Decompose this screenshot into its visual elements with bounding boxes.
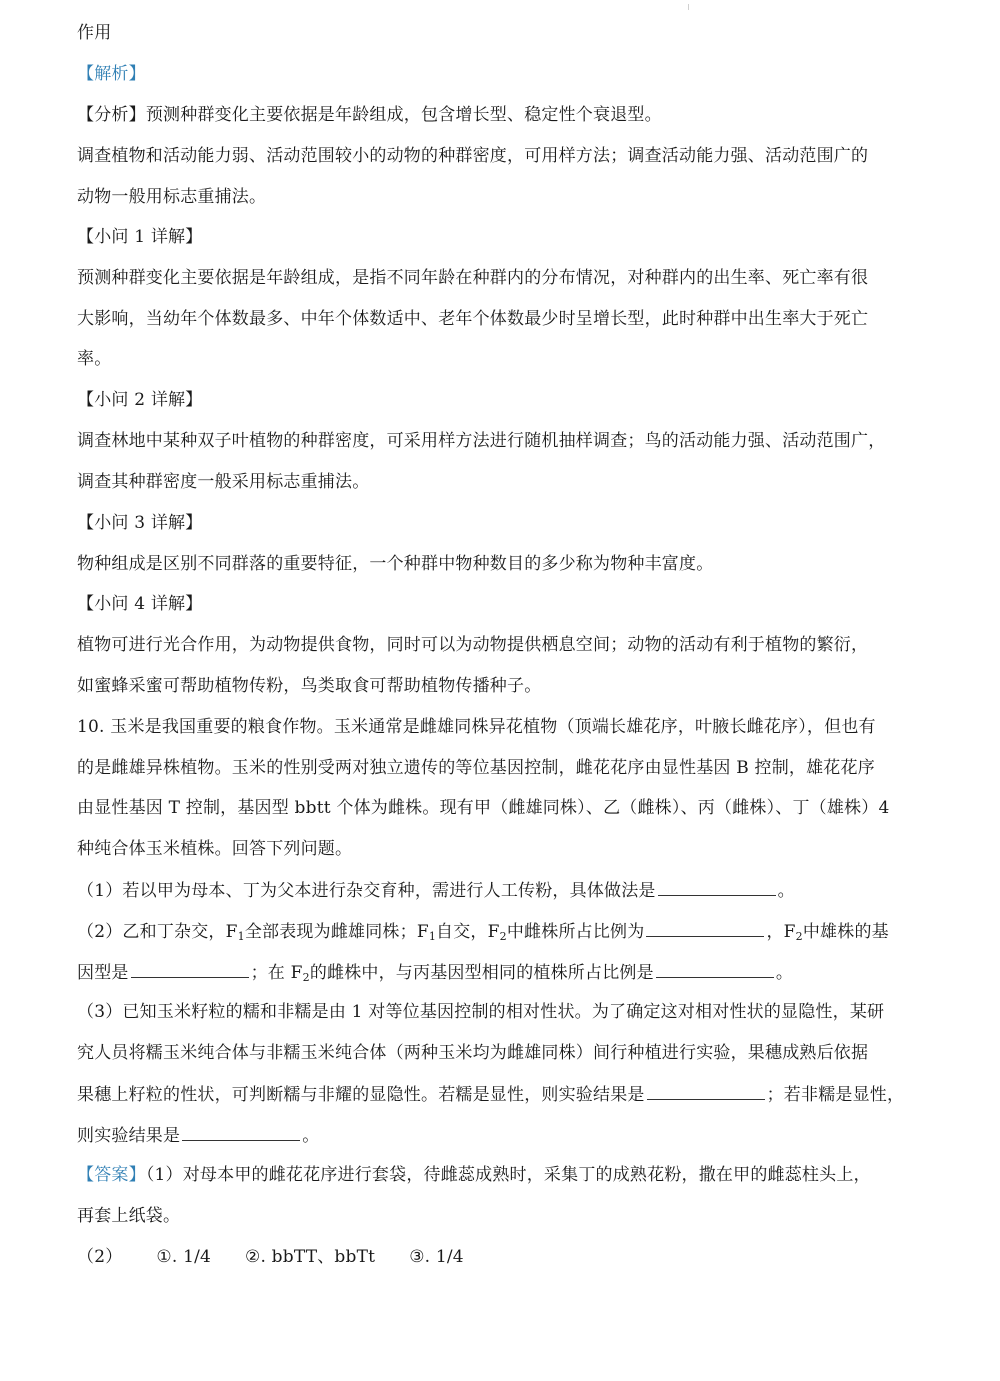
sub4-line: 植物可进行光合作用，为动物提供食物，同时可以为动物提供栖息空间；动物的活动有利于… [77,634,868,656]
answer-part2: （2）①. 1/4②. bbTT、bbTt③. 1/4 [77,1246,498,1268]
sub2-line: 调查林地中某种双子叶植物的种群密度，可采用样方法进行随机抽样调查；鸟的活动能力强… [77,430,885,452]
sub1-line: 预测种群变化主要依据是年龄组成，是指不同年龄在种群内的分布情况，对种群内的出生率… [77,267,868,289]
question-10-part3: 究人员将糯玉米纯合体与非糯玉米纯合体（两种玉米均为雌雄同株）间行种植进行实验，果… [77,1042,868,1064]
sub1-line: 率。 [77,348,111,370]
answer-blank[interactable] [658,879,776,896]
answer-paragraph: 【答案】（1）对母本甲的雌花花序进行套袋，待雌蕊成熟时，采集丁的成熟花粉，撒在甲… [77,1164,871,1186]
sub2-heading: 【小问 2 详解】 [77,389,202,411]
question-10-line: 种纯合体玉米植株。回答下列问题。 [77,838,352,860]
question-10-part3: 果穗上籽粒的性状，可判断糯与非耀的显隐性。若糯是显性，则实验结果是；若非糯是显性… [77,1083,904,1106]
sub1-line: 大影响，当幼年个体数最多、中年个体数适中、老年个体数最少时呈增长型，此时种群中出… [77,308,868,330]
answer-blank[interactable] [182,1124,300,1141]
answer-option: ①. 1/4 [156,1246,211,1268]
question-10-part2: （2）乙和丁杂交，F1全部表现为雌雄同株；F1自交，F2中雌株所占比例为，F2中… [77,920,889,943]
question-10-line: 的是雌雄异株植物。玉米的性别受两对独立遗传的等位基因控制，雌花花序由显性基因 B… [77,757,875,779]
answer-blank[interactable] [646,920,764,937]
question-10-line: 由显性基因 T 控制，基因型 bbtt 个体为雌株。现有甲（雌雄同株）、乙（雌株… [77,797,890,819]
sub4-heading: 【小问 4 详解】 [77,593,202,615]
answer-option: ③. 1/4 [409,1246,464,1268]
sub3-line: 物种组成是区别不同群落的重要特征，一个种群中物种数目的多少称为物种丰富度。 [77,553,713,575]
answer-blank[interactable] [131,961,249,978]
analysis-line: 动物一般用标志重捕法。 [77,186,266,208]
question-10-part3: （3）已知玉米籽粒的糯和非糯是由 1 对等位基因控制的相对性状。为了确定这对相对… [77,1001,884,1023]
sub1-heading: 【小问 1 详解】 [77,226,202,248]
question-10-part2-cont: 因型是；在 F2的雌株中，与丙基因型相同的植株所占比例是。 [77,961,793,984]
analysis-line: 调查植物和活动能力弱、活动范围较小的动物的种群密度，可用样方法；调查活动能力强、… [77,145,868,167]
answer-option: ②. bbTT、bbTt [245,1246,375,1268]
scan-mark [688,4,689,10]
answer-blank[interactable] [647,1083,765,1100]
analysis-label: 【分析】 [77,105,146,125]
answer-blank[interactable] [656,961,774,978]
question-10-line: 10. 玉米是我国重要的粮食作物。玉米通常是雌雄同株异花植物（顶端长雄花序，叶腋… [77,716,876,738]
sub3-heading: 【小问 3 详解】 [77,512,202,534]
sub2-line: 调查其种群密度一般采用标志重捕法。 [77,471,369,493]
question-10-part3: 则实验结果是。 [77,1124,319,1147]
document-page: 作用 【解析】 【分析】预测种群变化主要依据是年龄组成，包含增长型、稳定性个衰退… [0,0,1000,1381]
sub4-line: 如蜜蜂采蜜可帮助植物传粉，鸟类取食可帮助植物传播种子。 [77,675,541,697]
analysis-paragraph: 【分析】预测种群变化主要依据是年龄组成，包含增长型、稳定性个衰退型。 [77,104,662,126]
answer-line: 再套上纸袋。 [77,1205,180,1227]
continuation-text: 作用 [77,22,111,44]
answer-label: 【答案】 [77,1165,146,1185]
analysis-heading: 【解析】 [77,63,146,85]
question-10-part1: （1）若以甲为母本、丁为父本进行杂交育种，需进行人工传粉，具体做法是。 [77,879,795,902]
